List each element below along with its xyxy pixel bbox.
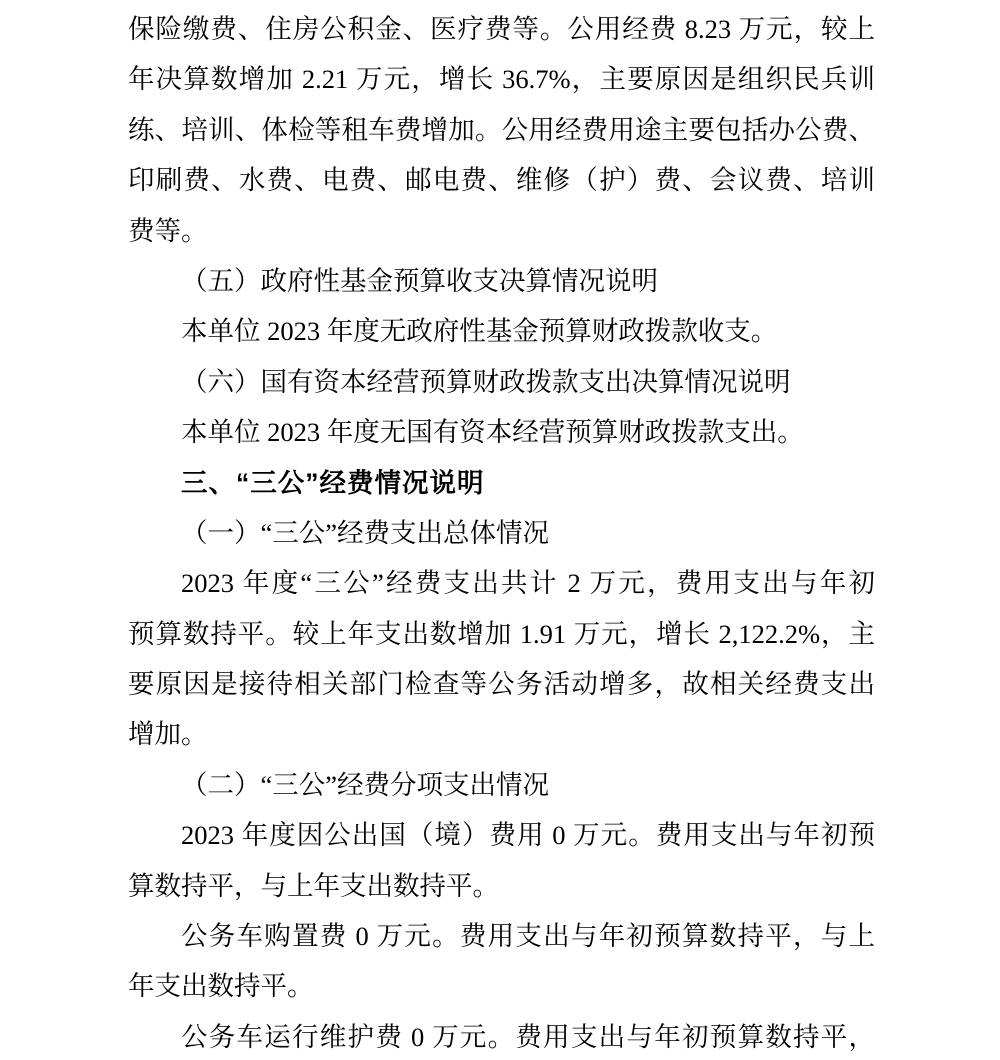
text-line: （六）国有资本经营预算财政拨款支出决算情况说明 [128, 357, 875, 407]
text-line: 年决算数增加 2.21 万元，增长 36.7%，主要原因是组织民兵训 [128, 54, 875, 104]
text-line: 公务车运行维护费 0 万元。费用支出与年初预算数持平， [128, 1012, 875, 1060]
text-line: 练、培训、体检等租车费增加。公用经费用途主要包括办公费、 [128, 105, 875, 155]
text-line: 本单位 2023 年度无政府性基金预算财政拨款收支。 [128, 306, 875, 356]
heading-sub-2-itemized: （二）“三公”经费分项支出情况 [128, 760, 875, 810]
para-section-6: 本单位 2023 年度无国有资本经营预算财政拨款支出。 [128, 407, 875, 457]
text-line: 印刷费、水费、电费、邮电费、维修（护）费、会议费、培训 [128, 155, 875, 205]
para-abroad-expense: 2023 年度因公出国（境）费用 0 万元。费用支出与年初预算数持平，与上年支出… [128, 810, 875, 911]
para-section-5: 本单位 2023 年度无政府性基金预算财政拨款收支。 [128, 306, 875, 356]
text-line: 公务车购置费 0 万元。费用支出与年初预算数持平，与上 [128, 911, 875, 961]
document-page: 保险缴费、住房公积金、医疗费等。公用经费 8.23 万元，较上年决算数增加 2.… [0, 0, 1000, 1060]
heading-sub-1-overall: （一）“三公”经费支出总体情况 [128, 508, 875, 558]
text-line: 本单位 2023 年度无国有资本经营预算财政拨款支出。 [128, 407, 875, 457]
text-line: 2023 年度“三公”经费支出共计 2 万元，费用支出与年初 [128, 558, 875, 608]
text-line: 三、“三公”经费情况说明 [128, 458, 875, 508]
text-line: （一）“三公”经费支出总体情况 [128, 508, 875, 558]
para-public-expense-continuation: 保险缴费、住房公积金、医疗费等。公用经费 8.23 万元，较上年决算数增加 2.… [128, 4, 875, 256]
text-line: 年支出数持平。 [128, 961, 875, 1011]
heading-section-6: （六）国有资本经营预算财政拨款支出决算情况说明 [128, 357, 875, 407]
text-line: 保险缴费、住房公积金、医疗费等。公用经费 8.23 万元，较上 [128, 4, 875, 54]
para-vehicle-maintenance: 公务车运行维护费 0 万元。费用支出与年初预算数持平， [128, 1012, 875, 1060]
text-line: （二）“三公”经费分项支出情况 [128, 760, 875, 810]
text-line: 增加。 [128, 709, 875, 759]
text-line: 费等。 [128, 206, 875, 256]
heading-three-public-expenses: 三、“三公”经费情况说明 [128, 458, 875, 508]
para-three-public-total: 2023 年度“三公”经费支出共计 2 万元，费用支出与年初预算数持平。较上年支… [128, 558, 875, 760]
text-line: （五）政府性基金预算收支决算情况说明 [128, 256, 875, 306]
heading-section-5: （五）政府性基金预算收支决算情况说明 [128, 256, 875, 306]
para-vehicle-purchase: 公务车购置费 0 万元。费用支出与年初预算数持平，与上年支出数持平。 [128, 911, 875, 1012]
text-line: 2023 年度因公出国（境）费用 0 万元。费用支出与年初预 [128, 810, 875, 860]
text-line: 预算数持平。较上年支出数增加 1.91 万元，增长 2,122.2%，主 [128, 609, 875, 659]
text-line: 要原因是接待相关部门检查等公务活动增多，故相关经费支出 [128, 659, 875, 709]
text-line: 算数持平，与上年支出数持平。 [128, 861, 875, 911]
